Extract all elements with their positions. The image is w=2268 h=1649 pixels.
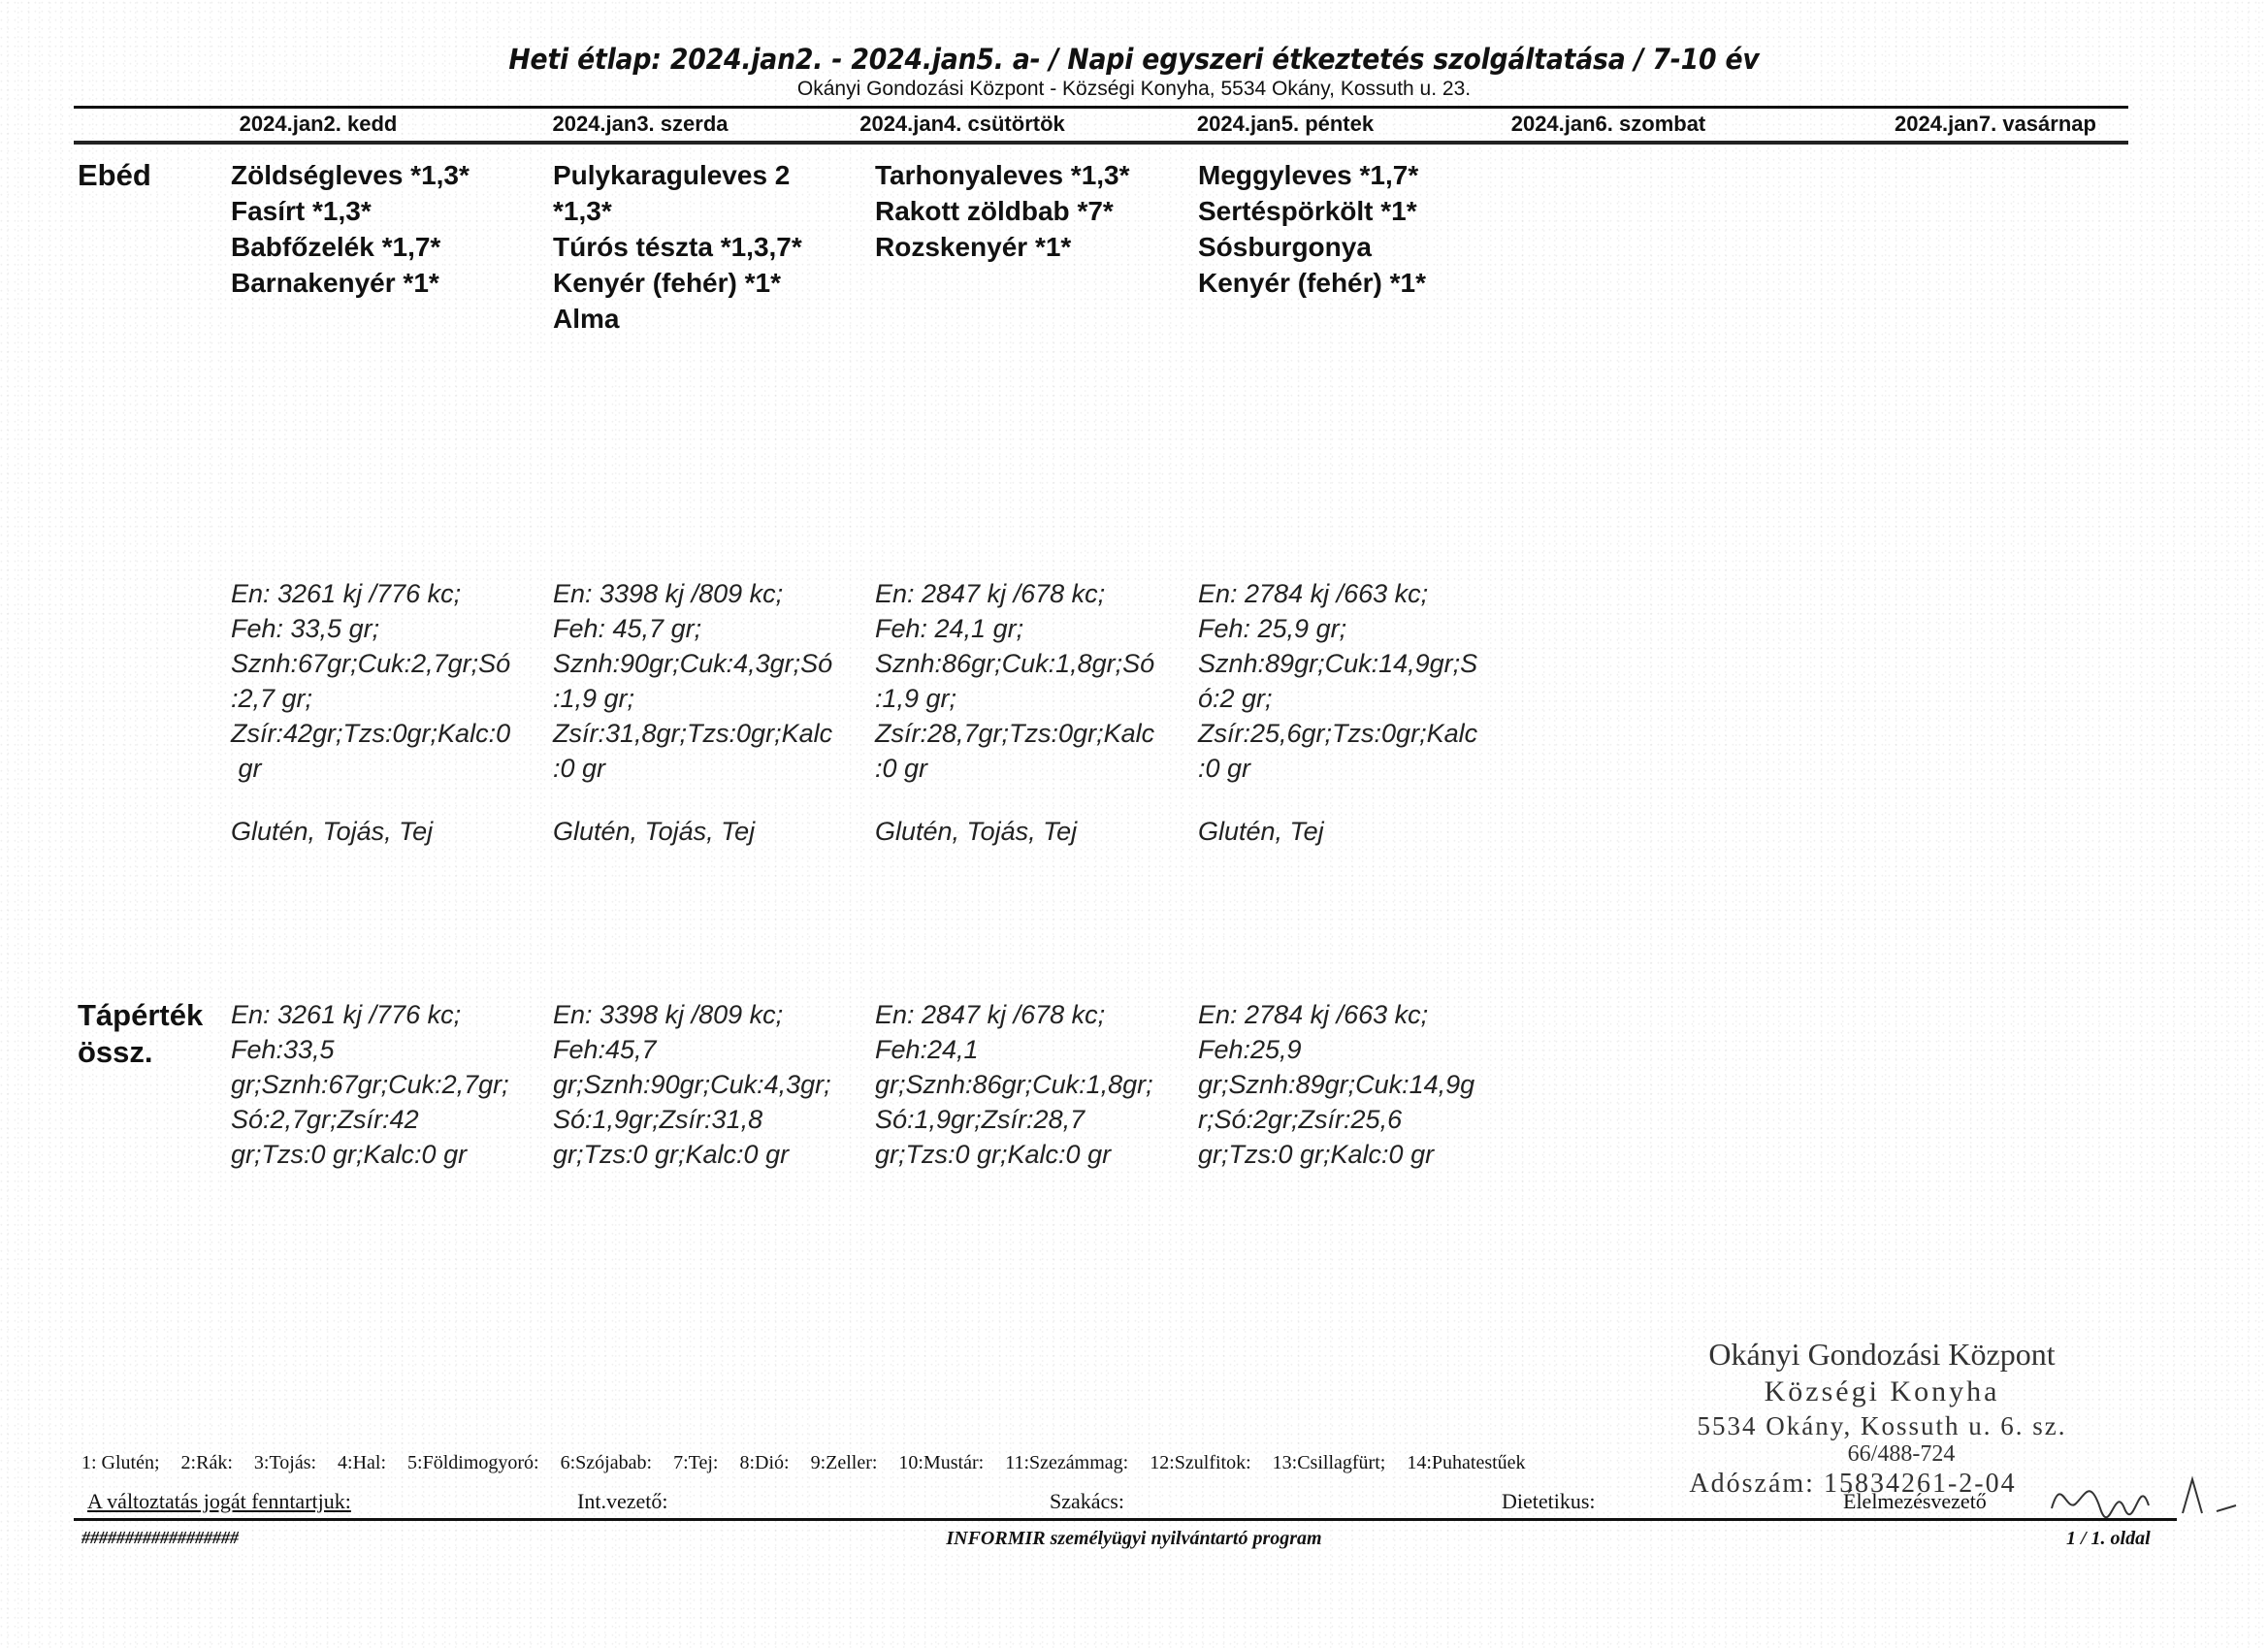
allergen-legend-item: 10:Mustár:: [898, 1452, 984, 1473]
nutrition-total: En: 3398 kj /809 kc; Feh:45,7 gr;Sznh:90…: [553, 997, 881, 1172]
day-header-rule: [74, 141, 2128, 145]
dish-item: Fasírt *1,3*: [231, 193, 561, 229]
row-label-nutrition-total: össz.: [78, 1034, 153, 1071]
nutrition-info: En: 3398 kj /809 kc; Feh: 45,7 gr; Sznh:…: [553, 576, 881, 786]
day-header: 2024.jan5. péntek: [1140, 112, 1431, 137]
allergen-legend-item: 2:Rák:: [181, 1452, 233, 1473]
stamp-line-4: 66/488-724: [1795, 1441, 2008, 1468]
dish-item: Rakott zöldbab *7*: [875, 193, 1205, 229]
dish-item: Pulykaraguleves 2: [553, 157, 883, 193]
footer-rule: [74, 1518, 2177, 1521]
allergen-legend-item: 7:Tej:: [673, 1452, 718, 1473]
dish-item: Sertéspörkölt *1*: [1198, 193, 1528, 229]
reserved-note: A változtatás jogát fenntartjuk:: [87, 1489, 351, 1514]
dish-list: Pulykaraguleves 2*1,3*Túrós tészta *1,3,…: [553, 157, 883, 337]
allergen-legend-item: 11:Szezámmag:: [1005, 1452, 1128, 1473]
allergen-summary: Glutén, Tojás, Tej: [875, 817, 1077, 847]
row-label-nutrition: Tápérték: [78, 997, 203, 1034]
day-header: 2024.jan6. szombat: [1463, 112, 1754, 137]
allergen-legend: 1: Glutén;2:Rák:3:Tojás:4:Hal:5:Földimog…: [81, 1452, 1547, 1474]
stamp-line-5: Adószám: 15834261-2-04: [1649, 1469, 2057, 1500]
page-title: Heti étlap: 2024.jan2. - 2024.jan5. a- /…: [91, 43, 2178, 76]
dish-item: Sósburgonya: [1198, 229, 1528, 265]
stamp-line-1: Okányi Gondozási Központ: [1639, 1337, 2124, 1373]
nutrition-total: En: 2847 kj /678 kc; Feh:24,1 gr;Sznh:86…: [875, 997, 1203, 1172]
dish-item: Babfőzelék *1,7*: [231, 229, 561, 265]
cook-signature-label: Szakács:: [1050, 1489, 1124, 1514]
nutrition-total: En: 3261 kj /776 kc; Feh:33,5 gr;Sznh:67…: [231, 997, 559, 1172]
nutrition-info: En: 2784 kj /663 kc; Feh: 25,9 gr; Sznh:…: [1198, 576, 1526, 786]
allergen-legend-item: 4:Hal:: [338, 1452, 386, 1473]
dish-item: Kenyér (fehér) *1*: [553, 265, 883, 301]
stamp-line-2: Községi Konyha: [1639, 1375, 2124, 1408]
nutrition-info: En: 3261 kj /776 kc; Feh: 33,5 gr; Sznh:…: [231, 576, 559, 786]
day-header: 2024.jan7. vasárnap: [1850, 112, 2141, 137]
allergen-legend-item: 3:Tojás:: [254, 1452, 316, 1473]
allergen-legend-item: 13:Csillagfürt;: [1273, 1452, 1386, 1473]
allergen-summary: Glutén, Tojás, Tej: [231, 817, 433, 847]
signature-scribble: [2047, 1465, 2241, 1523]
allergen-legend-item: 14:Puhatestűek: [1407, 1452, 1525, 1473]
dish-item: Zöldségleves *1,3*: [231, 157, 561, 193]
nutrition-total: En: 2784 kj /663 kc; Feh:25,9 gr;Sznh:89…: [1198, 997, 1526, 1172]
dish-item: Alma: [553, 301, 883, 337]
day-header: 2024.jan4. csütörtök: [817, 112, 1108, 137]
dish-list: Meggyleves *1,7*Sertéspörkölt *1*Sósburg…: [1198, 157, 1528, 301]
dish-list: Zöldségleves *1,3*Fasírt *1,3*Babfőzelék…: [231, 157, 561, 301]
allergen-legend-item: 12:Szulfitok:: [1150, 1452, 1250, 1473]
allergen-legend-item: 9:Zeller:: [811, 1452, 878, 1473]
row-label-lunch: Ebéd: [78, 157, 151, 194]
day-header: 2024.jan3. szerda: [495, 112, 786, 137]
dish-item: *1,3*: [553, 193, 883, 229]
nutrition-info: En: 2847 kj /678 kc; Feh: 24,1 gr; Sznh:…: [875, 576, 1203, 786]
allergen-legend-item: 8:Dió:: [739, 1452, 789, 1473]
dish-list: Tarhonyaleves *1,3*Rakott zöldbab *7*Roz…: [875, 157, 1205, 265]
dish-item: Kenyér (fehér) *1*: [1198, 265, 1528, 301]
allergen-legend-item: 5:Földimogyoró:: [407, 1452, 539, 1473]
dish-item: Barnakenyér *1*: [231, 265, 561, 301]
header-rule: [74, 106, 2128, 109]
dish-item: Rozskenyér *1*: [875, 229, 1205, 265]
allergen-summary: Glutén, Tojás, Tej: [553, 817, 755, 847]
day-header: 2024.jan2. kedd: [173, 112, 464, 137]
page-number: 1 / 1. oldal: [2066, 1528, 2151, 1550]
allergen-summary: Glutén, Tej: [1198, 817, 1324, 847]
allergen-legend-item: 6:Szójabab:: [561, 1452, 652, 1473]
dietitian-signature-label: Dietetikus:: [1502, 1489, 1596, 1514]
allergen-legend-item: 1: Glutén;: [81, 1452, 160, 1473]
page-subtitle: Okányi Gondozási Központ - Községi Konyh…: [0, 78, 2268, 101]
dish-item: Tarhonyaleves *1,3*: [875, 157, 1205, 193]
footer-program: INFORMIR személyügyi nyilvántartó progra…: [0, 1528, 2268, 1550]
director-signature-label: Int.vezető:: [577, 1489, 667, 1514]
stamp-line-3: 5534 Okány, Kossuth u. 6. sz.: [1639, 1411, 2124, 1441]
dish-item: Meggyleves *1,7*: [1198, 157, 1528, 193]
dish-item: Túrós tészta *1,3,7*: [553, 229, 883, 265]
